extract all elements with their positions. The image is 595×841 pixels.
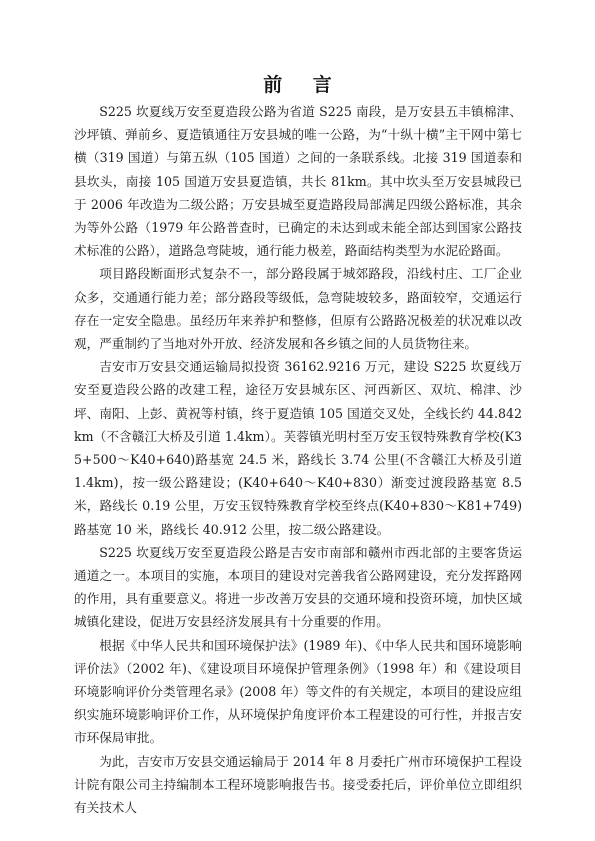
paragraph-investment-scope: 吉安市万安县交通运输局拟投资 36162.9216 万元，建设 S225 坎夏线… (74, 355, 522, 541)
document-body: S225 坎夏线万安至夏造段公路为省道 S225 南段，是万安县五丰镇棉津、沙坪… (74, 100, 522, 819)
paragraph-significance: S225 坎夏线万安至夏造段公路是吉安市南部和赣州市西北部的主要客货运通道之一。… (74, 541, 522, 634)
document-page: 前 言 S225 坎夏线万安至夏造段公路为省道 S225 南段，是万安县五丰镇棉… (0, 0, 595, 841)
paragraph-legal-basis: 根据《中华人民共和国环境保护法》(1989 年)、《中华人民共和国环境影响评价法… (74, 634, 522, 750)
page-title: 前 言 (0, 72, 595, 98)
page-number: I (0, 776, 595, 788)
paragraph-project-overview: S225 坎夏线万安至夏造段公路为省道 S225 南段，是万安县五丰镇棉津、沙坪… (74, 100, 522, 262)
paragraph-road-condition: 项目路段断面形式复杂不一，部分路段属于城郊路段，沿线村庄、工厂企业众多，交通通行… (74, 262, 522, 355)
